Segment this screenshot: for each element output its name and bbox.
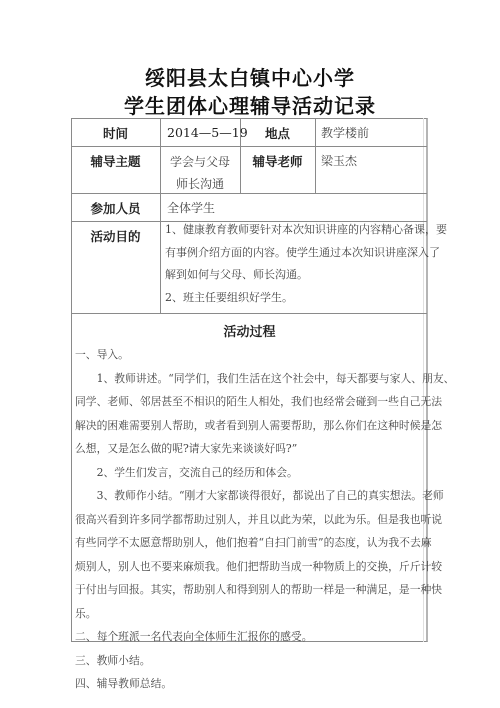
teacher-value: 梁玉杰	[321, 152, 357, 169]
row-divider	[71, 313, 427, 314]
row-divider	[71, 193, 427, 194]
process-line: 四、辅导教师总结。	[75, 672, 454, 696]
topic-value-line2: 师长沟通	[160, 175, 240, 192]
process-line: 2、学生们发言，交流自己的经历和体会。	[75, 461, 454, 485]
purpose-line: 有事例介绍方面的内容。使学生通过本次知识讲座深入了	[165, 242, 447, 265]
process-line: 3、教师作小结。“刚才大家都谈得很好，都说出了自己的真实想法。老师	[75, 484, 454, 508]
process-line: 二、每个班派一名代表向全体师生汇报你的感受。	[75, 625, 454, 649]
place-label: 地点	[240, 124, 315, 142]
col-divider	[315, 118, 316, 193]
purpose-line: 2、班主任要组织好学生。	[165, 287, 447, 310]
purpose-text: 1、健康教育教师要针对本次知识讲座的内容精心备课，要 有事例介绍方面的内容。使学…	[165, 219, 447, 309]
purpose-line: 1、健康教育教师要针对本次知识讲座的内容精心备课，要	[165, 219, 447, 242]
purpose-label: 活动目的	[71, 227, 160, 245]
process-line: 三、教师小结。	[75, 649, 454, 673]
topic-label: 辅导主题	[71, 152, 160, 170]
topic-value-line1: 学会与父母	[160, 153, 240, 170]
process-line: 1、教师讲述。“同学们，我们生活在这个社会中，每天都要与家人、朋友、	[75, 367, 454, 391]
participants-label: 参加人员	[71, 199, 160, 217]
process-line: 很高兴看到许多同学都帮助过别人，并且以此为荣，以此为乐。但是我也听说	[75, 508, 454, 532]
time-value: 2014—5—19	[167, 125, 248, 140]
process-line: 一、导入。	[75, 343, 454, 367]
process-line: 同学、老师、邻居甚至不相识的陌生人相处，我们也经常会碰到一些自己无法	[75, 390, 454, 414]
document-title: 学生团体心理辅导活动记录	[0, 90, 500, 119]
process-line: 乐。	[75, 602, 454, 626]
process-line: 解决的困难需要别人帮助，或者看到别人需要帮助，那么你们在这种时候是怎	[75, 414, 454, 438]
process-line: 么想，又是怎么做的呢?请大家先来谈谈好吗?”	[75, 437, 454, 461]
process-text: 一、导入。 1、教师讲述。“同学们，我们生活在这个社会中，每天都要与家人、朋友、…	[75, 343, 454, 696]
process-line: 于付出与回报。其实，帮助别人和得到别人的帮助一样是一种满足，是一种快	[75, 578, 454, 602]
participants-value: 全体学生	[167, 199, 215, 216]
place-value: 教学楼前	[321, 124, 369, 141]
col-divider	[160, 118, 161, 313]
teacher-label: 辅导老师	[240, 152, 315, 170]
process-line: 烦别人，别人也不要来麻烦我。他们把帮助当成一种物质上的交换，斤斤计较	[75, 555, 454, 579]
school-name: 绥阳县太白镇中心小学	[0, 62, 500, 91]
purpose-line: 解到如何与父母、师长沟通。	[165, 264, 447, 287]
time-label: 时间	[71, 124, 160, 142]
row-divider	[71, 146, 427, 147]
process-heading: 活动过程	[71, 321, 428, 340]
process-line: 有些同学不太愿意帮助别人，他们抱着“自扫门前雪”的态度，认为我不去麻	[75, 531, 454, 555]
